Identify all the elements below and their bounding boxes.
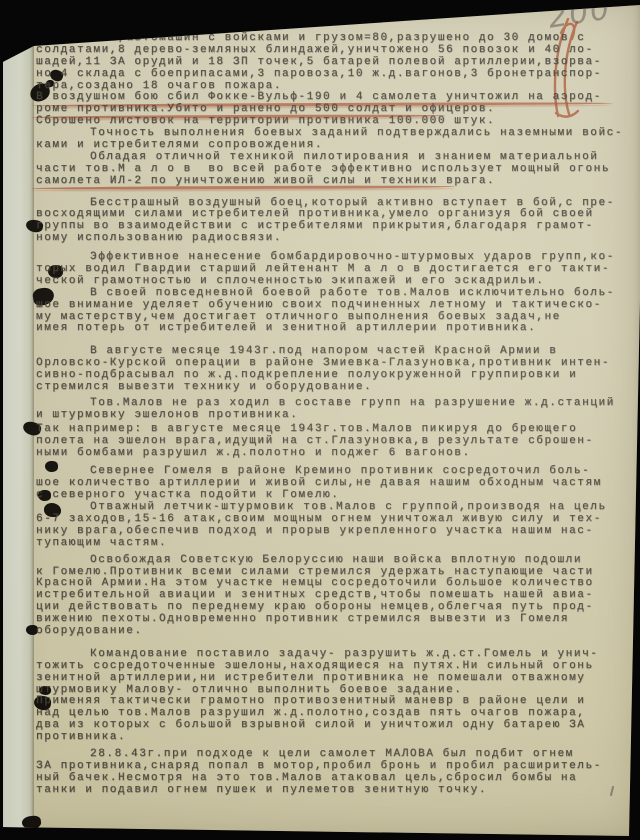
typed-line-text: Освобождая Советскую Белоруссию наши вой… xyxy=(90,554,582,566)
typed-line-text: Обладая отличной техникой пилотирования … xyxy=(90,151,598,163)
typed-line: ному использованию радиосвязи. xyxy=(36,233,624,245)
typed-line-text: Танков =11,автомашин с войсками и грузом… xyxy=(36,32,585,44)
typed-line-text: тупающим частям. xyxy=(36,537,167,549)
typed-line: стремился вывезти технику и оборудование… xyxy=(36,382,624,394)
typed-line-text: Красной Армии.На этом участке немцы соср… xyxy=(36,577,594,589)
typed-line-text: восходящими силами истребителей противни… xyxy=(36,208,594,220)
typed-text: Танков =11,автомашин с войсками и грузом… xyxy=(36,33,624,797)
typed-line-text: над целью тов.Малов разрушил ж.д.полотно… xyxy=(36,707,585,719)
typed-line: и штурмовку эшелонов противника. xyxy=(36,410,624,422)
typed-line-text: и штурмовку эшелонов противника. xyxy=(36,409,298,421)
typed-line: ными бомбами разрушил ж.д.полотно и подж… xyxy=(36,448,624,460)
typed-line: танки и подавил огнем пушек и пулеметов … xyxy=(36,785,624,797)
typed-line-text: с северного участка подойти к Гомелю. xyxy=(36,489,339,501)
typed-line-text: ками и истребителями сопровождения. xyxy=(36,139,323,151)
typed-line-text: но 4 склада с боеприпасами,3 паровоза,10… xyxy=(36,68,602,80)
typed-line-text: Орловско-Курской операции в районе Змиев… xyxy=(36,357,610,369)
typed-line-text: два из которых с большой взрывной силой … xyxy=(36,719,585,731)
typed-line: противника. xyxy=(36,732,624,744)
typed-line-text: стремился вывезти технику и оборудование… xyxy=(36,381,372,393)
typed-line-text: шадей,11 ЗА орудий и 18 ЗП точек,5 батар… xyxy=(36,56,602,68)
ink-blot xyxy=(21,815,41,830)
typed-line-text: части тов.М а л о в во всей работе эффек… xyxy=(36,163,610,175)
typed-line-text: Точность выполнения боевых заданий подтв… xyxy=(90,127,623,139)
typed-line-text: оборудование. xyxy=(36,625,143,637)
typed-line-text: Применяя тактически грамотно противозени… xyxy=(36,695,585,707)
typed-line-text: В своей повседневной боевой работе тов.М… xyxy=(90,287,615,299)
typed-line-text: нику врага,обеспечив подход и прорыв укр… xyxy=(36,525,594,537)
typed-line-text: штурмовику Малову- отлично выполнить бое… xyxy=(36,684,462,696)
handwritten-top-center-mark: 2 xyxy=(286,0,296,14)
typed-line-text: тожить сосредоточенные эшелоны,находящие… xyxy=(36,660,594,672)
typed-line-text: полета на эшелон врага,идущий на ст.Глаз… xyxy=(36,435,594,447)
typed-line-text: му мастерству,чем достигает отличного вы… xyxy=(36,311,561,323)
typed-line-text: Сброшено листовок на территории противни… xyxy=(36,115,495,127)
typed-line-text: ции действовать по переднему краю оборон… xyxy=(36,601,594,613)
typed-line-text: Эффективное нанесение бомбардировочно-шт… xyxy=(90,251,615,263)
typed-line-text: сивно-подбрасывал по ж.д.подкрепление по… xyxy=(36,369,577,381)
typed-line-text: Тов.Малов не раз ходил в составе групп н… xyxy=(90,397,615,409)
typed-line-text: шое внимание уделяет обучению своих подч… xyxy=(36,299,602,311)
document-page: 276 2 200 Танков =11,автомашин с войскам… xyxy=(0,0,640,840)
typed-line-text: солдатами,8 дерево-земляных блиндажей,ун… xyxy=(36,44,594,56)
typed-line-text: противника. xyxy=(36,731,126,743)
typed-line-text: зенитной артиллерии,ни истребители проти… xyxy=(36,672,585,684)
photographed-document: 276 2 200 Танков =11,автомашин с войскам… xyxy=(0,0,640,840)
typed-line-text: ЗА противника,снаряд попал в мотор,проби… xyxy=(36,760,602,772)
typed-line-text: ный бачек.Несмотря на это тов.Малов атак… xyxy=(36,772,577,784)
typed-line: тупающим частям. xyxy=(36,538,624,550)
typed-line-text: танки и подавил огнем пушек и пулеметов … xyxy=(36,784,487,796)
typed-line-text: Так например: в августе месяце 1943г.тов… xyxy=(36,423,577,435)
typed-line-text: Командование поставило задачу- разрушить… xyxy=(90,648,598,660)
typed-line-text: Отважный летчик-штурмовик тов.Малов с гр… xyxy=(90,501,607,513)
typed-line: имея потерь от истребителей и зенитной а… xyxy=(36,323,624,335)
typed-line-text: Бесстрашный воздушный боец,который актив… xyxy=(90,197,615,209)
typed-line-text: вижению пехоты.Одновременно противник ст… xyxy=(36,613,569,625)
typed-line-text: тера,создано 18 очагов пожара. xyxy=(36,80,282,92)
typed-line-text: группы во взаимодействии с истребителями… xyxy=(36,220,594,232)
typed-line-text: 6-7 заходов,15-16 атак,своим мощным огне… xyxy=(36,513,602,525)
binding-strip xyxy=(3,0,34,840)
typed-line-text: истребительной авиации и зенитных средст… xyxy=(36,589,594,601)
typed-line-text: ному использованию радиосвязи. xyxy=(36,232,282,244)
typed-line-text: ными бомбами разрушил ж.д.полотно и подж… xyxy=(36,447,471,459)
typed-line-text: ческой грамотностью и сплоченностью экип… xyxy=(36,275,544,287)
typed-line-text: Севернее Гомеля в районе Кремино противн… xyxy=(90,465,590,477)
typed-line-text: В августе месяце 1943г.под напором часте… xyxy=(90,345,557,357)
typed-line: оборудование. xyxy=(36,626,624,638)
typed-line-text: к Гомелю.Противник всеми силами стремилс… xyxy=(36,566,594,578)
typed-line-text: шое количество артиллерии и живой силы,н… xyxy=(36,477,602,489)
typed-line-text: 28.8.43г.при подходе к цели самолет МАЛО… xyxy=(90,748,574,760)
typed-line-text: роме противника.Убито и ранено до 500 со… xyxy=(36,103,495,115)
typed-line-text: имея потерь от истребителей и зенитной а… xyxy=(36,322,536,334)
typed-line-text: торых водил Гвардии старший лейтенант М … xyxy=(36,263,610,275)
handwritten-page-number-left: 276 xyxy=(49,6,116,44)
typed-line-text: самолета ИЛ-2 по уничтожению живой силы … xyxy=(36,175,495,187)
typed-line: самолета ИЛ-2 по уничтожению живой силы … xyxy=(36,176,624,188)
